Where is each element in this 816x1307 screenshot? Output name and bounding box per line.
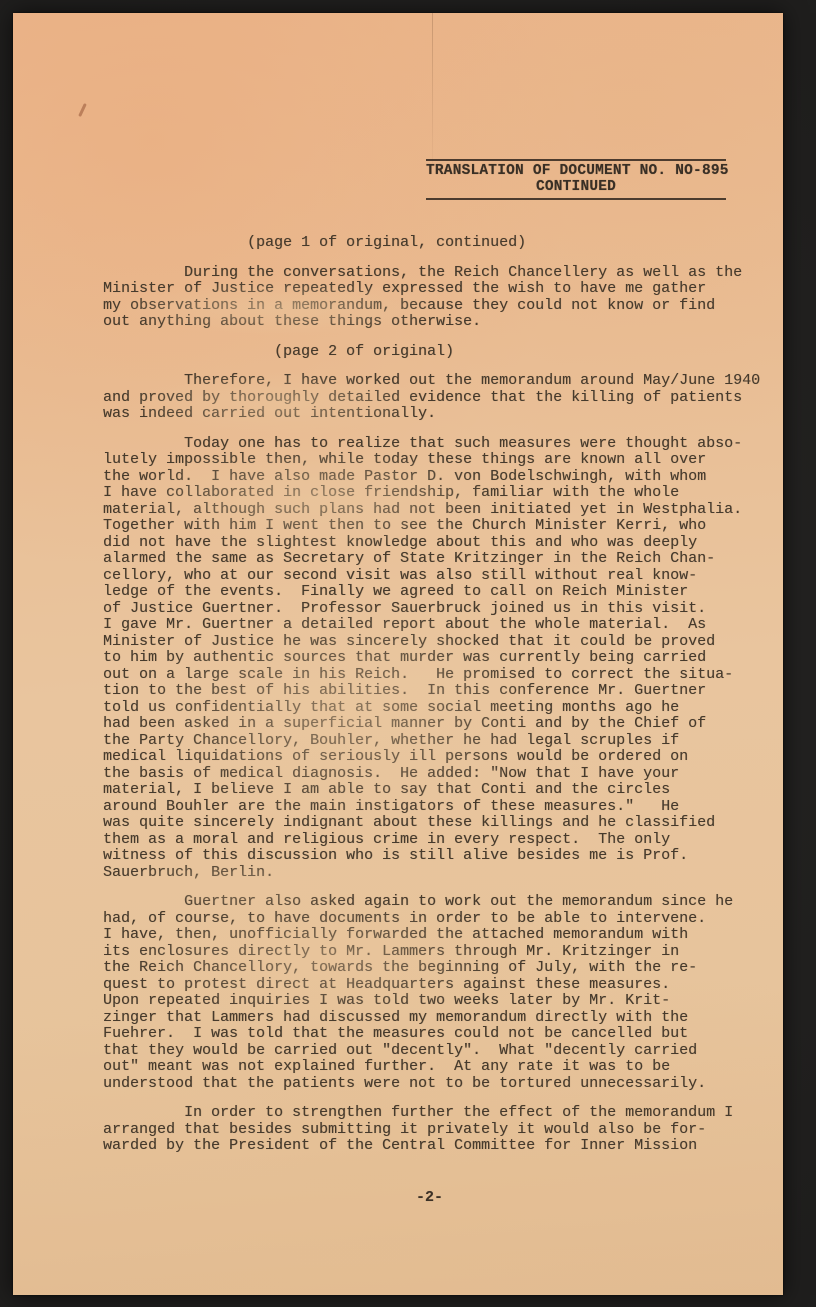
text-line: was indeed carried out intentionally.	[103, 406, 763, 423]
text-line: of Justice Guertner. Professor Sauerbruc…	[103, 601, 763, 618]
text-line: quest to protest direct at Headquarters …	[103, 977, 763, 994]
text-line: out on a large scale in his Reich. He pr…	[103, 667, 763, 684]
page-number: -2-	[416, 1189, 443, 1206]
text-line: Upon repeated inquiries I was told two w…	[103, 993, 763, 1010]
paragraph: During the conversations, the Reich Chan…	[103, 265, 763, 331]
text-line: lutely impossible then, while today thes…	[103, 452, 763, 469]
text-line: that they would be carried out "decently…	[103, 1043, 763, 1060]
document-page: TRANSLATION OF DOCUMENT NO. NO-895 CONTI…	[13, 13, 783, 1295]
text-line: I have, then, unofficially forwarded the…	[103, 927, 763, 944]
text-line: them as a moral and religious crime in e…	[103, 832, 763, 849]
text-line: Together with him I went then to see the…	[103, 518, 763, 535]
paragraph: In order to strengthen further the effec…	[103, 1105, 763, 1155]
text-line: told us confidentially that at some soci…	[103, 700, 763, 717]
text-line: I have collaborated in close friendship,…	[103, 485, 763, 502]
text-line: (page 2 of original)	[103, 344, 763, 361]
text-line: medical liquidations of seriously ill pe…	[103, 749, 763, 766]
text-line: material, although such plans had not be…	[103, 502, 763, 519]
text-line: arranged that besides submitting it priv…	[103, 1122, 763, 1139]
paragraph: Today one has to realize that such measu…	[103, 436, 763, 882]
scan-background: TRANSLATION OF DOCUMENT NO. NO-895 CONTI…	[0, 0, 816, 1307]
text-line: During the conversations, the Reich Chan…	[103, 265, 763, 282]
text-line: In order to strengthen further the effec…	[103, 1105, 763, 1122]
text-line: and proved by thoroughly detailed eviden…	[103, 390, 763, 407]
text-line: material, I believe I am able to say tha…	[103, 782, 763, 799]
text-line: I gave Mr. Guertner a detailed report ab…	[103, 617, 763, 634]
text-line: did not have the slightest knowledge abo…	[103, 535, 763, 552]
text-line: Minister of Justice repeatedly expressed…	[103, 281, 763, 298]
text-line: had been asked in a superficial manner b…	[103, 716, 763, 733]
text-line: Today one has to realize that such measu…	[103, 436, 763, 453]
text-line: zinger that Lammers had discussed my mem…	[103, 1010, 763, 1027]
text-line: to him by authentic sources that murder …	[103, 650, 763, 667]
text-line: the Party Chancellory, Bouhler, whether …	[103, 733, 763, 750]
header-continued-label: CONTINUED	[426, 179, 726, 195]
page-marker-line: (page 2 of original)	[103, 344, 763, 361]
text-line: around Bouhler are the main instigators …	[103, 799, 763, 816]
text-line: Sauerbruch, Berlin.	[103, 865, 763, 882]
paper-scratch	[78, 103, 87, 117]
text-line: Guertner also asked again to work out th…	[103, 894, 763, 911]
text-line: the Reich Chancellory, towards the begin…	[103, 960, 763, 977]
text-line: the world. I have also made Pastor D. vo…	[103, 469, 763, 486]
paragraph: Therefore, I have worked out the memoran…	[103, 373, 763, 423]
page-marker-line: (page 1 of original, continued)	[103, 235, 763, 252]
text-line: Fuehrer. I was told that the measures co…	[103, 1026, 763, 1043]
header-title: TRANSLATION OF DOCUMENT NO. NO-895	[426, 163, 726, 179]
text-line: my observations in a memorandum, because…	[103, 298, 763, 315]
text-line: tion to the best of his abilities. In th…	[103, 683, 763, 700]
text-line: was quite sincerely indignant about thes…	[103, 815, 763, 832]
document-body: (page 1 of original, continued) During t…	[103, 235, 763, 1155]
text-line: understood that the patients were not to…	[103, 1076, 763, 1093]
text-line: cellory, who at our second visit was als…	[103, 568, 763, 585]
text-line: warded by the President of the Central C…	[103, 1138, 763, 1155]
text-line: Therefore, I have worked out the memoran…	[103, 373, 763, 390]
text-line: (page 1 of original, continued)	[103, 235, 763, 252]
text-line: Minister of Justice he was sincerely sho…	[103, 634, 763, 651]
text-line: out anything about these things otherwis…	[103, 314, 763, 331]
fold-mark	[432, 13, 433, 163]
text-line: its enclosures directly to Mr. Lammers t…	[103, 944, 763, 961]
text-line: had, of course, to have documents in ord…	[103, 911, 763, 928]
text-line: ledge of the events. Finally we agreed t…	[103, 584, 763, 601]
text-line: out" meant was not explained further. At…	[103, 1059, 763, 1076]
text-line: the basis of medical diagnosis. He added…	[103, 766, 763, 783]
text-line: witness of this discussion who is still …	[103, 848, 763, 865]
document-header: TRANSLATION OF DOCUMENT NO. NO-895 CONTI…	[426, 159, 726, 200]
text-line: alarmed the same as Secretary of State K…	[103, 551, 763, 568]
paragraph: Guertner also asked again to work out th…	[103, 894, 763, 1092]
